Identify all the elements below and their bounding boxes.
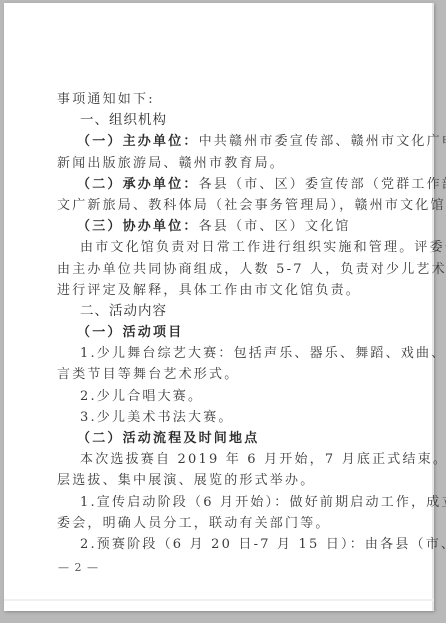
label-organizer: （一）主办单位：: [77, 134, 199, 149]
label-host: （二）承办单位：: [77, 177, 199, 192]
list-item: 1.少儿舞台综艺大赛：包括声乐、器乐、舞蹈、戏曲、语: [57, 343, 387, 364]
list-item: 3.少儿美术书法大赛。: [57, 407, 387, 428]
paragraph-line: 层选拔、集中展演、展览的形式举办。: [57, 470, 387, 491]
list-item: 2.预赛阶段（6 月 20 日-7 月 15 日）：由各县（市、区）: [57, 534, 387, 555]
label-co-organizer: （三）协办单位：: [77, 219, 199, 234]
list-item: 1.宣传启动阶段（6 月开始）：做好前期启动工作，成立组: [57, 492, 387, 513]
list-item: 2.少儿合唱大赛。: [57, 386, 387, 407]
page-edge: [4, 599, 434, 601]
paragraph-line: 进行评定及解释，具体工作由市文化馆负责。: [57, 280, 387, 301]
paragraph-line: 由主办单位共同协商组成，人数 5-7 人，负责对少儿艺术作品: [57, 259, 387, 280]
co-organizer-text: 各县（市、区）文化馆: [199, 219, 351, 234]
organizer-text: 中共赣州市委宣传部、赣州市文化广电: [199, 134, 446, 149]
subheading-activity-items: （一）活动项目: [57, 322, 387, 343]
page-number: — 2 —: [58, 561, 99, 574]
paragraph-line: 言类节目等舞台艺术形式。: [57, 364, 387, 385]
paragraph-organizer: （一）主办单位：中共赣州市委宣传部、赣州市文化广电: [57, 131, 387, 152]
subheading-process: （二）活动流程及时间地点: [57, 428, 387, 449]
paragraph-line: 本次选拔赛自 2019 年 6 月开始，7 月底正式结束。采取层: [57, 449, 387, 470]
section-heading-organization: 一、组织机构: [57, 110, 387, 131]
host-text: 各县（市、区）委宣传部（党群工作部），: [199, 177, 446, 192]
paragraph-line: 事项通知如下:: [57, 89, 387, 110]
page-edge: [432, 3, 434, 611]
paragraph-host: （二）承办单位：各县（市、区）委宣传部（党群工作部），: [57, 174, 387, 195]
paragraph-line: 文广新旅局、教科体局（社会事务管理局），赣州市文化馆。: [57, 195, 387, 216]
section-heading-content: 二、活动内容: [57, 301, 387, 322]
paragraph-line: 委会，明确人员分工，联动有关部门等。: [57, 513, 387, 534]
paragraph-line: 新闻出版旅游局、赣州市教育局。: [57, 153, 387, 174]
paragraph-co-organizer: （三）协办单位：各县（市、区）文化馆: [57, 216, 387, 237]
paragraph-line: 由市文化馆负责对日常工作进行组织实施和管理。评委会: [57, 237, 387, 258]
document-page: 事项通知如下: 一、组织机构 （一）主办单位：中共赣州市委宣传部、赣州市文化广电…: [4, 3, 434, 611]
document-body: 事项通知如下: 一、组织机构 （一）主办单位：中共赣州市委宣传部、赣州市文化广电…: [57, 89, 387, 555]
